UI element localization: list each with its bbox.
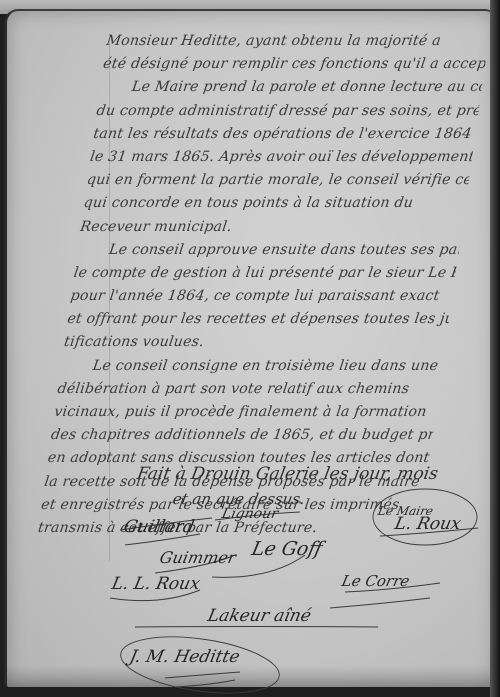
text-line: et offrant pour les recettes et dépenses…	[66, 308, 451, 331]
closing-line-2: et an que dessus.	[131, 487, 495, 512]
signature-lignour: Lignour	[220, 506, 279, 522]
text-line: tifications voulues.	[62, 331, 447, 354]
signature-le-corre: Le Corre	[340, 572, 411, 590]
text-line: Le Maire prend la parole et donne lectur…	[98, 76, 483, 99]
text-line: du compte administratif dressé par ses s…	[95, 100, 480, 123]
signature-guimmer: Guimmer	[158, 548, 238, 567]
text-line: tant les résultats des opérations de l'e…	[92, 123, 477, 146]
text-line: Le conseil consigne en troisième lieu da…	[59, 355, 444, 378]
signature-le-goff: Le Goff	[250, 538, 325, 560]
text-line: le compte de gestion à lui présenté par …	[72, 262, 457, 285]
text-line: des chapitres additionnels de 1865, et d…	[49, 424, 434, 447]
signature-l-l-roux: L. L. Roux	[110, 574, 202, 594]
signature-lakeur-aine: Lakeur aîné	[206, 606, 313, 626]
text-line: délibération à part son vote relatif aux…	[56, 378, 441, 401]
text-line: le 31 mars 1865. Après avoir ouï les dév…	[88, 146, 473, 169]
closing-line-1: Fait à Drouin Galerie les jour, mois	[135, 462, 499, 487]
text-line: Receveur municipal.	[79, 216, 464, 239]
closing-formula: Fait à Drouin Galerie les jour, mois et …	[131, 462, 500, 512]
signature-heditte: J. M. Heditte	[128, 647, 242, 667]
text-line: Monsieur Heditte, ayant obtenu la majori…	[105, 30, 490, 53]
text-line: été désigné pour remplir ces fonctions q…	[101, 53, 486, 76]
text-line: Le conseil approuve ensuite dans toutes …	[75, 239, 460, 262]
signature-mayor: L. Roux	[393, 514, 463, 534]
book-binding-shadow	[490, 0, 500, 697]
text-line: qui en forment la partie morale, le cons…	[85, 169, 470, 192]
text-line: qui concorde en tous points à la situati…	[82, 192, 467, 215]
text-line: pour l'année 1864, ce compte lui paraiss…	[69, 285, 454, 308]
text-line: vicinaux, puis il procède finalement à l…	[53, 401, 438, 424]
signature-guillard: Guillard	[122, 517, 196, 537]
